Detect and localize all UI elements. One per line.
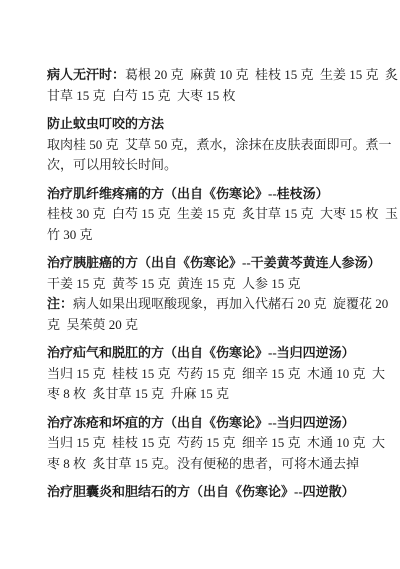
prescription-section: 防止蚊虫叮咬的方法取肉桂 50 克 艾草 50 克，煮水，涂抹在皮肤表面即可。煮…	[47, 114, 356, 176]
text-line: 甘草 15 克 白芍 15 克 大枣 15 枚	[47, 86, 356, 107]
text-run: 枣 8 枚 炙甘草 15 克 升麻 15 克	[47, 386, 229, 401]
section-heading: 治疗胰脏癌的方（出自《伤寒论》--干姜黄芩黄连人参汤）	[47, 253, 356, 274]
text-line: 干姜 15 克 黄芩 15 克 黄连 15 克 人参 15 克	[47, 274, 356, 295]
text-run: 克 吴茱萸 20 克	[47, 317, 138, 332]
text-run: 病人无汗时：	[47, 67, 125, 82]
paragraph: 注：病人如果出现呕酸现象，再加入代赭石 20 克 旋覆花 20克 吴茱萸 20 …	[47, 294, 356, 335]
text-run: 葛根 20 克 麻黄 10 克 桂枝 15 克 生姜 15 克 炙	[125, 67, 398, 82]
text-run: 桂枝 30 克 白芍 15 克 生姜 15 克 炙甘草 15 克 大枣 15 枚…	[47, 206, 398, 221]
text-run: 注：	[47, 296, 73, 311]
text-run: 病人如果出现呕酸现象，再加入代赭石 20 克 旋覆花 20	[73, 296, 388, 311]
paragraph: 桂枝 30 克 白芍 15 克 生姜 15 克 炙甘草 15 克 大枣 15 枚…	[47, 204, 356, 245]
section-heading: 治疗胆囊炎和胆结石的方（出自《伤寒论》--四逆散）	[47, 482, 356, 503]
text-run: 取肉桂 50 克 艾草 50 克，煮水，涂抹在皮肤表面即可。煮一	[47, 137, 392, 152]
text-line: 桂枝 30 克 白芍 15 克 生姜 15 克 炙甘草 15 克 大枣 15 枚…	[47, 204, 356, 225]
paragraph: 当归 15 克 桂枝 15 克 芍药 15 克 细辛 15 克 木通 10 克 …	[47, 433, 356, 474]
text-line: 取肉桂 50 克 艾草 50 克，煮水，涂抹在皮肤表面即可。煮一	[47, 135, 356, 156]
text-line: 病人无汗时：葛根 20 克 麻黄 10 克 桂枝 15 克 生姜 15 克 炙	[47, 65, 356, 86]
text-line: 竹 30 克	[47, 225, 356, 246]
text-line: 当归 15 克 桂枝 15 克 芍药 15 克 细辛 15 克 木通 10 克 …	[47, 364, 356, 385]
text-run: 当归 15 克 桂枝 15 克 芍药 15 克 细辛 15 克 木通 10 克 …	[47, 435, 385, 450]
prescription-section: 治疗胆囊炎和胆结石的方（出自《伤寒论》--四逆散）	[47, 482, 356, 503]
text-line: 当归 15 克 桂枝 15 克 芍药 15 克 细辛 15 克 木通 10 克 …	[47, 433, 356, 454]
text-run: 枣 8 枚 炙甘草 15 克。没有便秘的患者，可将木通去掉	[47, 456, 359, 471]
section-heading: 治疗肌纤维疼痛的方（出自《伤寒论》--桂枝汤）	[47, 184, 356, 205]
text-line: 枣 8 枚 炙甘草 15 克 升麻 15 克	[47, 384, 356, 405]
paragraph: 病人无汗时：葛根 20 克 麻黄 10 克 桂枝 15 克 生姜 15 克 炙甘…	[47, 65, 356, 106]
section-heading: 治疗疝气和脱肛的方（出自《伤寒论》--当归四逆汤）	[47, 343, 356, 364]
prescription-section: 治疗胰脏癌的方（出自《伤寒论》--干姜黄芩黄连人参汤）干姜 15 克 黄芩 15…	[47, 253, 356, 335]
prescription-section: 治疗疝气和脱肛的方（出自《伤寒论》--当归四逆汤）当归 15 克 桂枝 15 克…	[47, 343, 356, 405]
paragraph: 当归 15 克 桂枝 15 克 芍药 15 克 细辛 15 克 木通 10 克 …	[47, 364, 356, 405]
section-heading: 治疗冻疮和坏疽的方（出自《伤寒论》--当归四逆汤）	[47, 413, 356, 434]
text-run: 竹 30 克	[47, 227, 93, 242]
document-body: 病人无汗时：葛根 20 克 麻黄 10 克 桂枝 15 克 生姜 15 克 炙甘…	[0, 0, 400, 503]
text-line: 次，可以用较长时间。	[47, 155, 356, 176]
text-line: 克 吴茱萸 20 克	[47, 315, 356, 336]
section-heading: 防止蚊虫叮咬的方法	[47, 114, 356, 135]
prescription-section: 病人无汗时：葛根 20 克 麻黄 10 克 桂枝 15 克 生姜 15 克 炙甘…	[47, 65, 356, 106]
prescription-section: 治疗冻疮和坏疽的方（出自《伤寒论》--当归四逆汤）当归 15 克 桂枝 15 克…	[47, 413, 356, 475]
paragraph: 干姜 15 克 黄芩 15 克 黄连 15 克 人参 15 克	[47, 274, 356, 295]
paragraph: 取肉桂 50 克 艾草 50 克，煮水，涂抹在皮肤表面即可。煮一次，可以用较长时…	[47, 135, 356, 176]
text-line: 注：病人如果出现呕酸现象，再加入代赭石 20 克 旋覆花 20	[47, 294, 356, 315]
text-run: 次，可以用较长时间。	[47, 157, 177, 172]
prescription-section: 治疗肌纤维疼痛的方（出自《伤寒论》--桂枝汤）桂枝 30 克 白芍 15 克 生…	[47, 184, 356, 246]
text-run: 甘草 15 克 白芍 15 克 大枣 15 枚	[47, 88, 236, 103]
text-run: 当归 15 克 桂枝 15 克 芍药 15 克 细辛 15 克 木通 10 克 …	[47, 366, 385, 381]
document-page: 病人无汗时：葛根 20 克 麻黄 10 克 桂枝 15 克 生姜 15 克 炙甘…	[0, 0, 400, 569]
text-line: 枣 8 枚 炙甘草 15 克。没有便秘的患者，可将木通去掉	[47, 454, 356, 475]
text-run: 干姜 15 克 黄芩 15 克 黄连 15 克 人参 15 克	[47, 276, 301, 291]
